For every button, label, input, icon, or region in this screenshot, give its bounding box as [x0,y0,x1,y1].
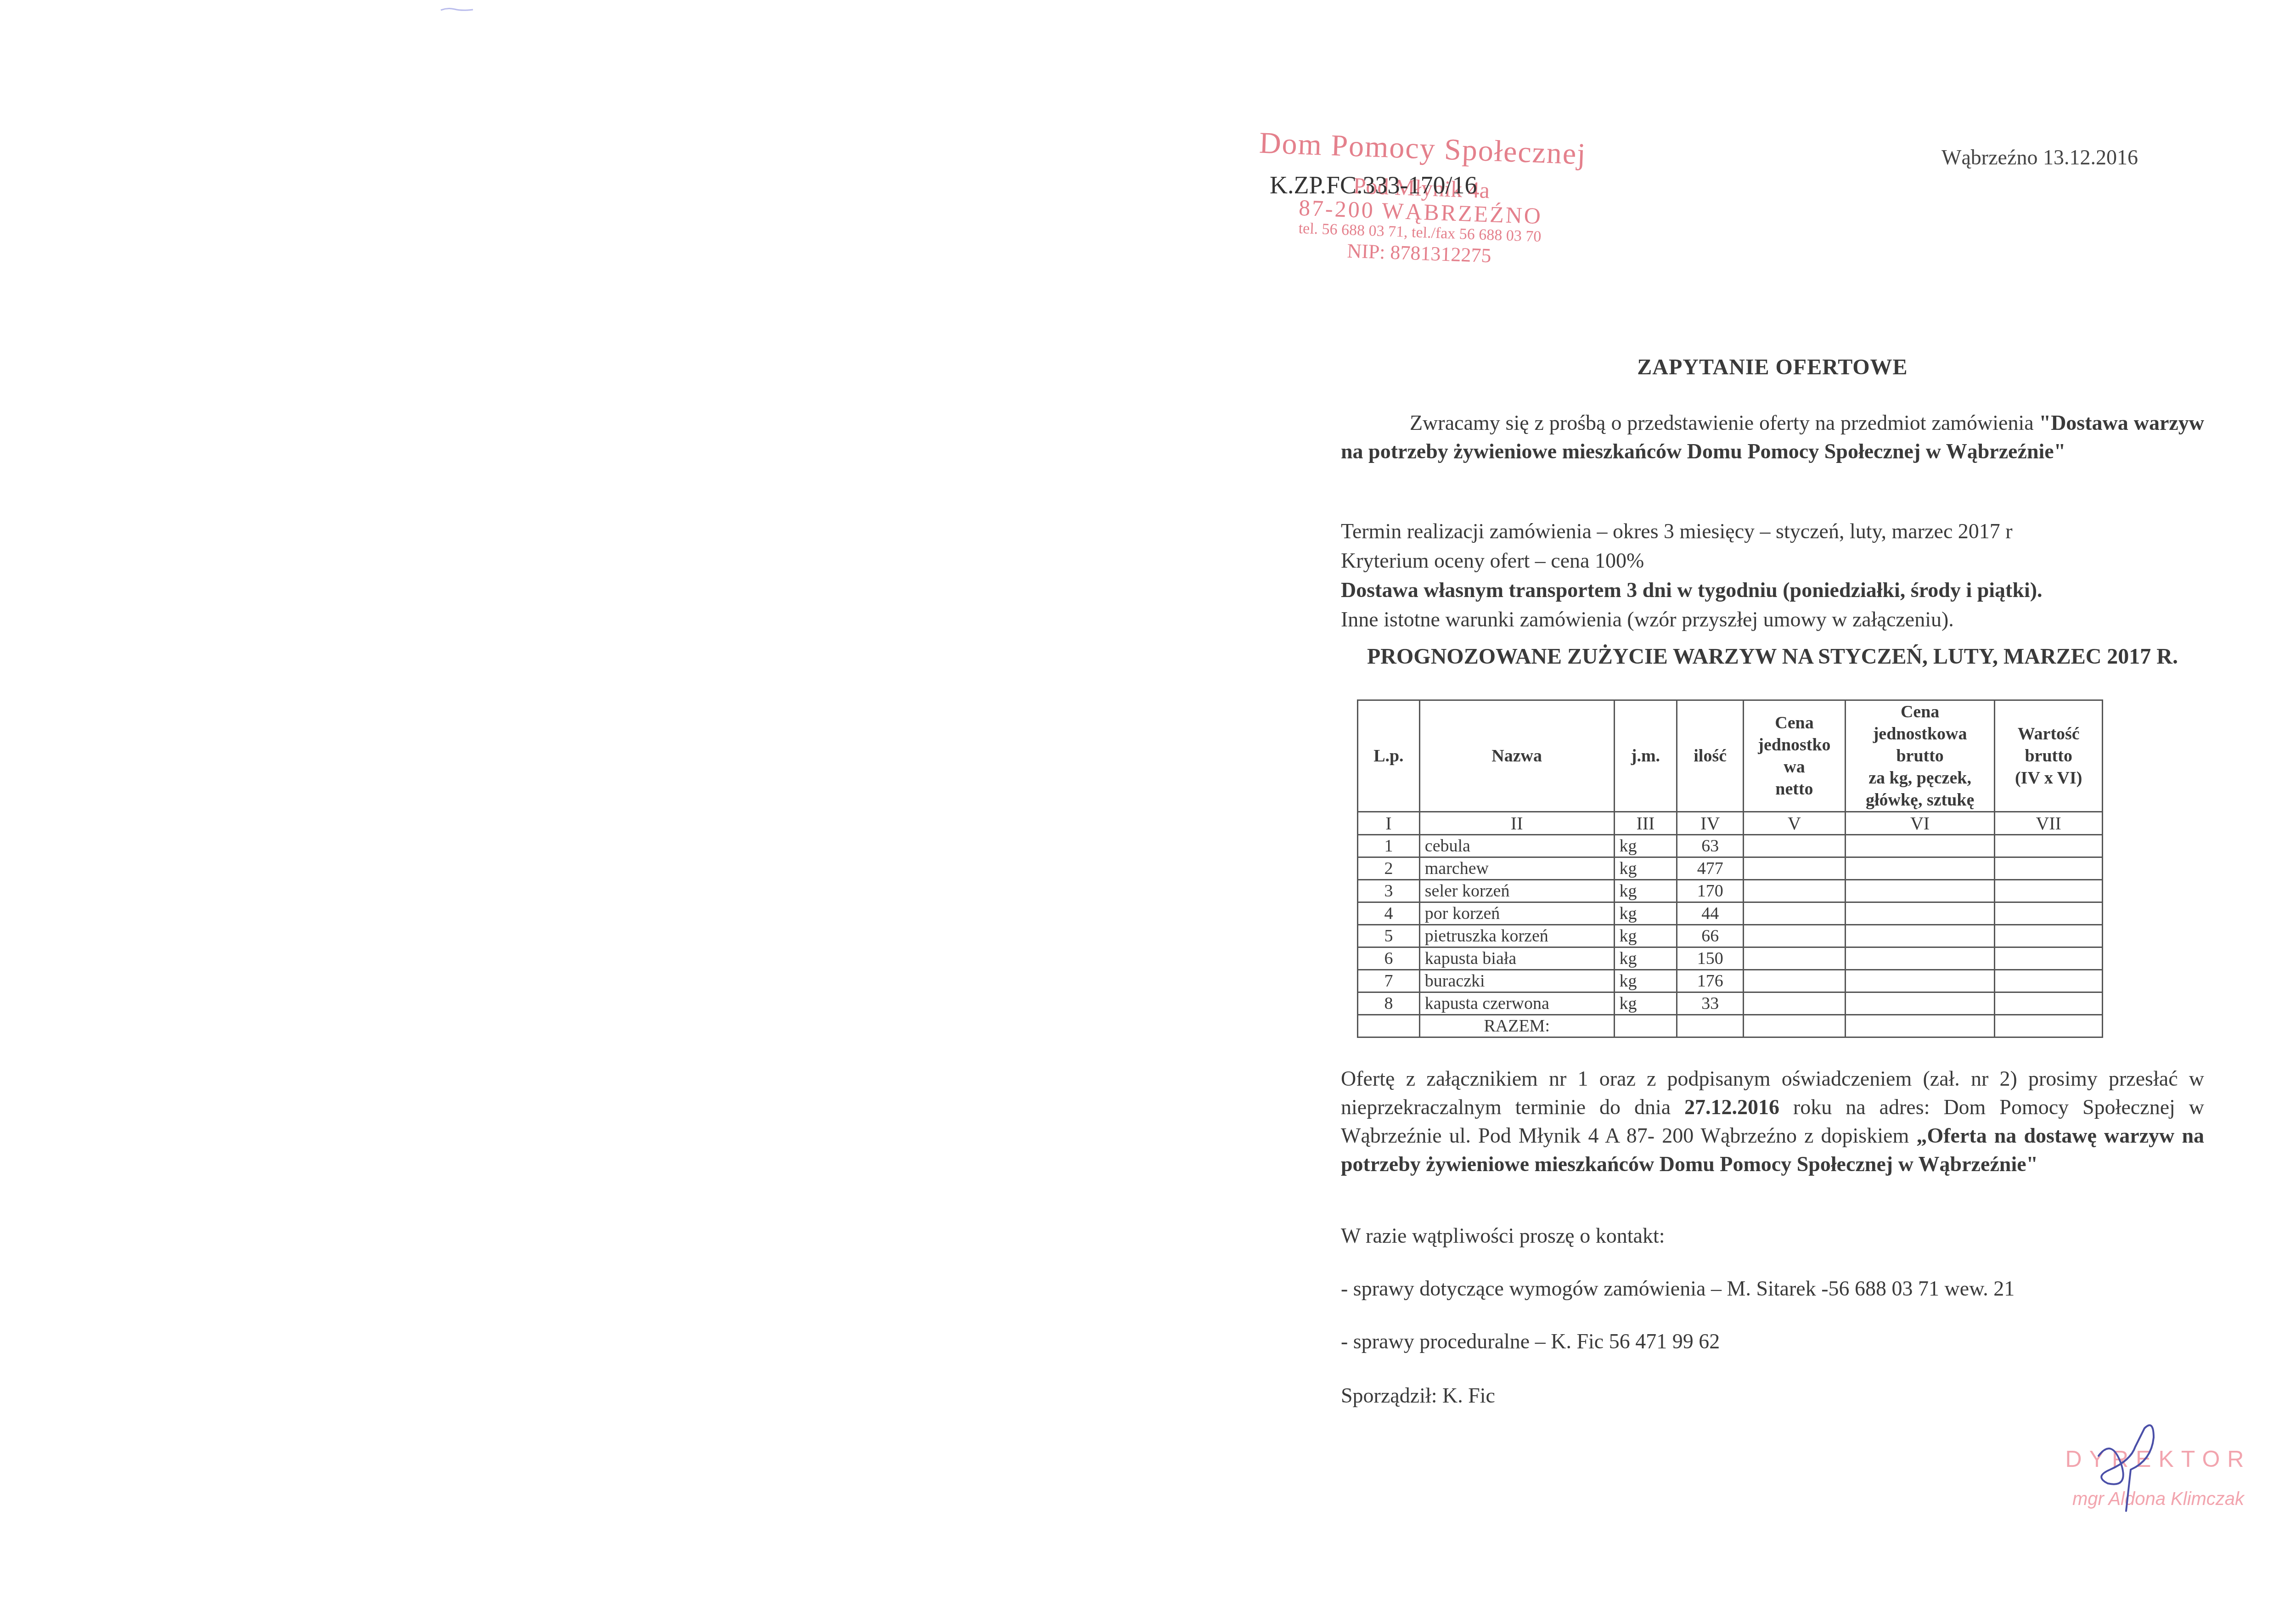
row-unit: kg [1614,857,1677,880]
terms-deadline: Termin realizacji zamówienia – okres 3 m… [1341,517,2204,546]
row-name: cebula [1419,835,1614,857]
table-row: 5pietruszka korzeńkg66 [1358,925,2103,947]
row-name: por korzeń [1419,902,1614,925]
scan-smudge-icon [439,6,475,13]
row-number: 5 [1358,925,1420,947]
row-quantity: 44 [1677,902,1744,925]
row-net-price [1744,880,1846,902]
intro-paragraph: Zwracamy się z prośbą o przedstawienie o… [1341,409,2204,466]
row-gross-value [1995,925,2103,947]
row-quantity: 150 [1677,947,1744,970]
table-row: 8kapusta czerwonakg33 [1358,992,2103,1015]
row-name: seler korzeń [1419,880,1614,902]
total-cell [1995,1015,2103,1037]
document-title: ZAPYTANIE OFERTOWE [1341,355,2204,380]
row-net-price [1744,947,1846,970]
contact-intro: W razie wątpliwości proszę o kontakt: [1341,1222,2204,1250]
row-gross-price [1845,947,1995,970]
row-gross-value [1995,880,2103,902]
reference-number: K.ZP.FC.333-170/16 [1270,171,1477,199]
total-cell [1845,1015,1995,1037]
row-unit: kg [1614,835,1677,857]
terms-block: Termin realizacji zamówienia – okres 3 m… [1341,517,2204,634]
row-unit: kg [1614,970,1677,992]
row-quantity: 176 [1677,970,1744,992]
roman-numeral-row: I II III IV V VI VII [1358,812,2103,835]
row-gross-price [1845,880,1995,902]
table-row: 2marchewkg477 [1358,857,2103,880]
row-gross-value [1995,902,2103,925]
row-unit: kg [1614,902,1677,925]
terms-other: Inne istotne warunki zamówienia (wzór pr… [1341,605,2204,634]
row-net-price [1744,925,1846,947]
row-gross-price [1845,992,1995,1015]
contact-requirements: - sprawy dotyczące wymogów zamówienia – … [1341,1274,2204,1303]
table-header-row: L.p. Nazwa j.m. ilość Cena jednostko wa … [1358,700,2103,812]
row-quantity: 66 [1677,925,1744,947]
total-cell [1358,1015,1420,1037]
row-name: kapusta biała [1419,947,1614,970]
header-quantity: ilość [1677,700,1744,812]
vegetables-table: L.p. Nazwa j.m. ilość Cena jednostko wa … [1357,699,2103,1038]
row-number: 2 [1358,857,1420,880]
stamp-line-name: Dom Pomocy Społecznej [1211,124,1634,174]
row-quantity: 477 [1677,857,1744,880]
row-name: kapusta czerwona [1419,992,1614,1015]
offer-deadline: 27.12.2016 [1684,1095,1779,1119]
row-net-price [1744,902,1846,925]
row-quantity: 170 [1677,880,1744,902]
row-gross-value [1995,857,2103,880]
row-quantity: 33 [1677,992,1744,1015]
row-unit: kg [1614,947,1677,970]
row-gross-price [1845,970,1995,992]
table-row: 7buraczkikg176 [1358,970,2103,992]
row-net-price [1744,857,1846,880]
row-unit: kg [1614,925,1677,947]
header-unit: j.m. [1614,700,1677,812]
header-gross-price: Cena jednostkowa brutto za kg, pęczek, g… [1845,700,1995,812]
forecast-title: PROGNOZOWANE ZUŻYCIE WARZYW NA STYCZEŃ, … [1341,644,2204,669]
header-gross-value: Wartość brutto (IV x VI) [1995,700,2103,812]
offer-paragraph: Ofertę z załącznikiem nr 1 oraz z podpis… [1341,1065,2204,1178]
header-name: Nazwa [1419,700,1614,812]
header-lp: L.p. [1358,700,1420,812]
prepared-by: Sporządził: K. Fic [1341,1381,2204,1410]
row-gross-price [1845,925,1995,947]
row-gross-value [1995,835,2103,857]
total-cell [1744,1015,1846,1037]
row-number: 1 [1358,835,1420,857]
row-net-price [1744,835,1846,857]
total-cell [1677,1015,1744,1037]
row-gross-price [1845,835,1995,857]
header-net-price: Cena jednostko wa netto [1744,700,1846,812]
table-row: 4por korzeńkg44 [1358,902,2103,925]
row-name: buraczki [1419,970,1614,992]
table-total-row: RAZEM: [1358,1015,2103,1037]
row-gross-price [1845,857,1995,880]
row-gross-value [1995,947,2103,970]
row-quantity: 63 [1677,835,1744,857]
row-gross-value [1995,970,2103,992]
terms-delivery: Dostawa własnym transportem 3 dni w tygo… [1341,575,2204,605]
row-number: 8 [1358,992,1420,1015]
row-gross-value [1995,992,2103,1015]
signature-icon [2085,1419,2177,1525]
total-label: RAZEM: [1419,1015,1614,1037]
terms-criterion: Kryterium oceny ofert – cena 100% [1341,546,2204,575]
table-row: 1cebulakg63 [1358,835,2103,857]
row-number: 3 [1358,880,1420,902]
row-name: pietruszka korzeń [1419,925,1614,947]
table-row: 3seler korzeńkg170 [1358,880,2103,902]
row-name: marchew [1419,857,1614,880]
row-unit: kg [1614,880,1677,902]
total-cell [1614,1015,1677,1037]
row-gross-price [1845,902,1995,925]
row-net-price [1744,992,1846,1015]
table-row: 6kapusta białakg150 [1358,947,2103,970]
intro-text: Zwracamy się z prośbą o przedstawienie o… [1410,411,2039,434]
row-net-price [1744,970,1846,992]
contact-procedures: - sprawy proceduralne – K. Fic 56 471 99… [1341,1327,2204,1356]
row-number: 6 [1358,947,1420,970]
row-number: 4 [1358,902,1420,925]
row-number: 7 [1358,970,1420,992]
place-date: Wąbrzeźno 13.12.2016 [1941,145,2138,169]
row-unit: kg [1614,992,1677,1015]
